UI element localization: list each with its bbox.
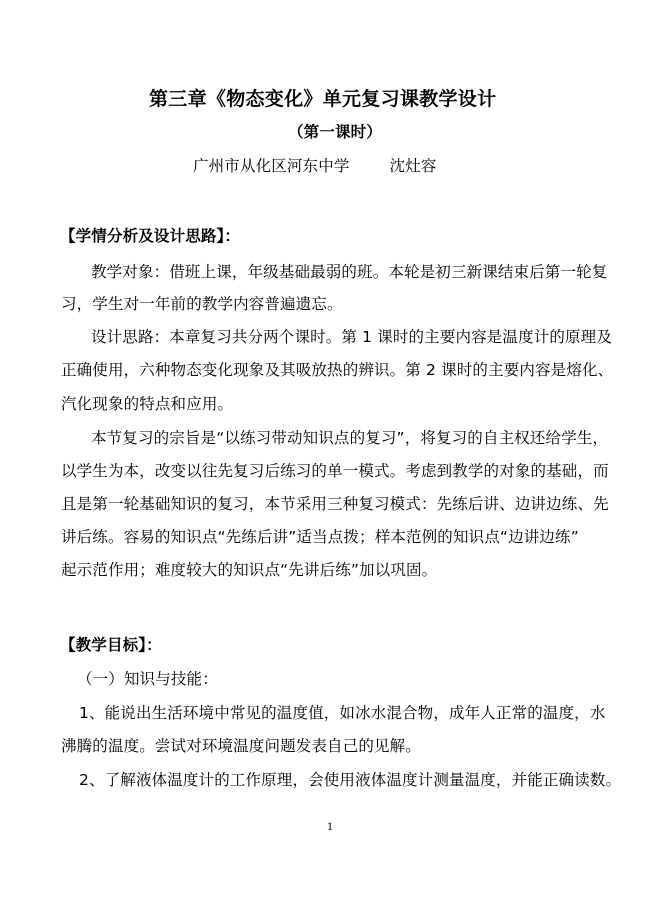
paragraph-line: 习，学生对一年前的教学内容普遍遗忘。	[61, 294, 343, 314]
paragraph-line: 本节复习的宗旨是“以练习带动知识点的复习”，将复习的自主权还给学生，	[91, 428, 608, 448]
paragraph-line: 讲后练。容易的知识点“先练后讲”适当点拨；样本范例的知识点“边讲边练”	[61, 527, 579, 547]
paragraph-line: 起示范作用；难度较大的知识点“先讲后练”加以巩固。	[61, 560, 437, 580]
objective-line: 沸腾的温度。尝试对环境温度问题发表自己的见解。	[61, 736, 421, 756]
section-heading-objectives: 【教学目标】：	[60, 635, 162, 655]
paragraph-line: 以学生为本，改变以往先复习后练习的单一模式。考虑到教学的对象的基础，而	[61, 461, 609, 481]
document-subtitle: （第一课时）	[288, 122, 382, 142]
document-title: 第三章《物态变化》单元复习课教学设计	[149, 89, 496, 109]
paragraph-line: 设计思路：本章复习共分两个课时。第 1 课时的主要内容是温度计的原理及	[91, 327, 612, 347]
paragraph-line: 正确使用，六种物态变化现象及其吸放热的辨识。第 2 课时的主要内容是熔化、	[61, 360, 613, 380]
author-line: 广州市从化区河东中学沈灶容	[193, 156, 436, 176]
document-page: 第三章《物态变化》单元复习课教学设计 （第一课时） 广州市从化区河东中学沈灶容 …	[0, 0, 661, 898]
page-number: 1	[327, 822, 334, 834]
paragraph-line: 教学对象：借班上课，年级基础最弱的班。本轮是初三新课结束后第一轮复	[91, 262, 607, 282]
paragraph-line: 且是第一轮基础知识的复习，本节采用三种复习模式：先练后讲、边讲边练、先	[61, 494, 609, 514]
objective-subheading: （一）知识与技能：	[77, 669, 218, 689]
objective-line: 2、了解液体温度计的工作原理，会使用液体温度计测量温度，并能正确读数。	[79, 770, 621, 790]
author-school: 广州市从化区河东中学	[193, 157, 350, 175]
objective-line: 1、能说出生活环境中常见的温度值，如冰水混合物，成年人正常的温度，水	[79, 703, 605, 723]
author-name: 沈灶容	[390, 157, 437, 175]
paragraph-line: 汽化现象的特点和应用。	[61, 394, 233, 414]
section-heading-analysis: 【学情分析及设计思路】：	[60, 226, 240, 246]
